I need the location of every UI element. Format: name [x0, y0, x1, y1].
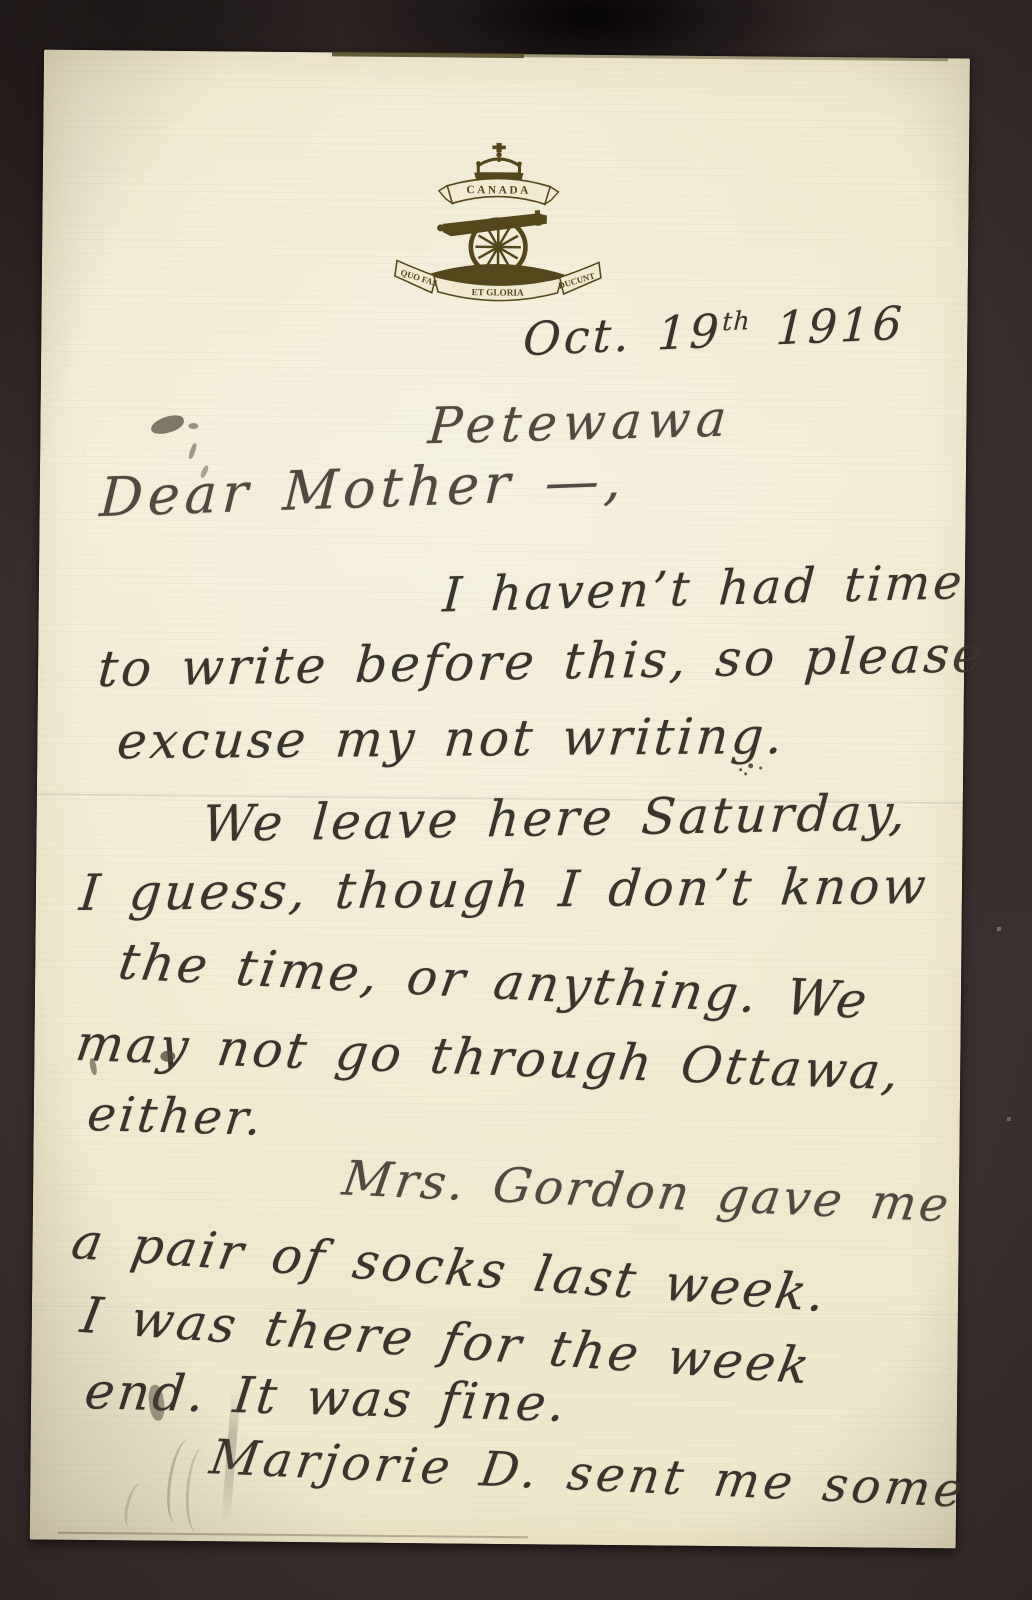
letter-body-line: I haven’t had time	[441, 554, 966, 623]
ink-smudge	[149, 413, 186, 436]
crest-banner-text: CANADA	[466, 184, 531, 197]
paper-edge-stain	[518, 54, 948, 61]
letter-body-line: excuse my not writing.	[115, 707, 787, 770]
crest-canada-banner: CANADA	[439, 178, 559, 204]
letter-page: CANADA	[30, 50, 970, 1549]
letter-body-line: the time, or anything. We	[115, 933, 874, 1031]
ink-smudge	[188, 443, 198, 460]
letter-body-line: We leave here Saturday,	[201, 783, 911, 853]
crest-motto-center: ET GLORIA	[472, 288, 524, 299]
ink-spatter	[739, 768, 742, 771]
letter-body-line: Mrs. Gordon gave me	[339, 1151, 955, 1234]
letter-body-line: I guess, though I don’t know	[77, 857, 931, 922]
date-day: Oct. 19	[522, 304, 723, 367]
paper-edge-shadow	[58, 1532, 528, 1539]
letter-body-line: either.	[85, 1086, 268, 1147]
scanned-letter-background: CANADA	[0, 0, 1032, 1600]
ink-smudge	[160, 1051, 175, 1062]
date-ordinal: th	[722, 306, 752, 336]
crest-cannon-icon	[437, 209, 547, 237]
paper-edge-stain	[332, 51, 524, 58]
dust-specks	[0, 0, 2, 2]
date-year: 1916	[749, 296, 906, 357]
royal-canadian-artillery-crest-icon: CANADA	[394, 141, 604, 313]
crest-crown-icon	[474, 143, 524, 181]
letter-body-line: Marjorie D. sent me some	[206, 1429, 970, 1518]
letter-body-line: to write before this, so please	[96, 625, 987, 698]
letter-place: Petewawa	[426, 390, 734, 456]
pencil-scribble	[121, 1481, 151, 1530]
ink-smudge	[188, 423, 198, 429]
letter-salutation: Dear Mother —,	[98, 448, 628, 529]
